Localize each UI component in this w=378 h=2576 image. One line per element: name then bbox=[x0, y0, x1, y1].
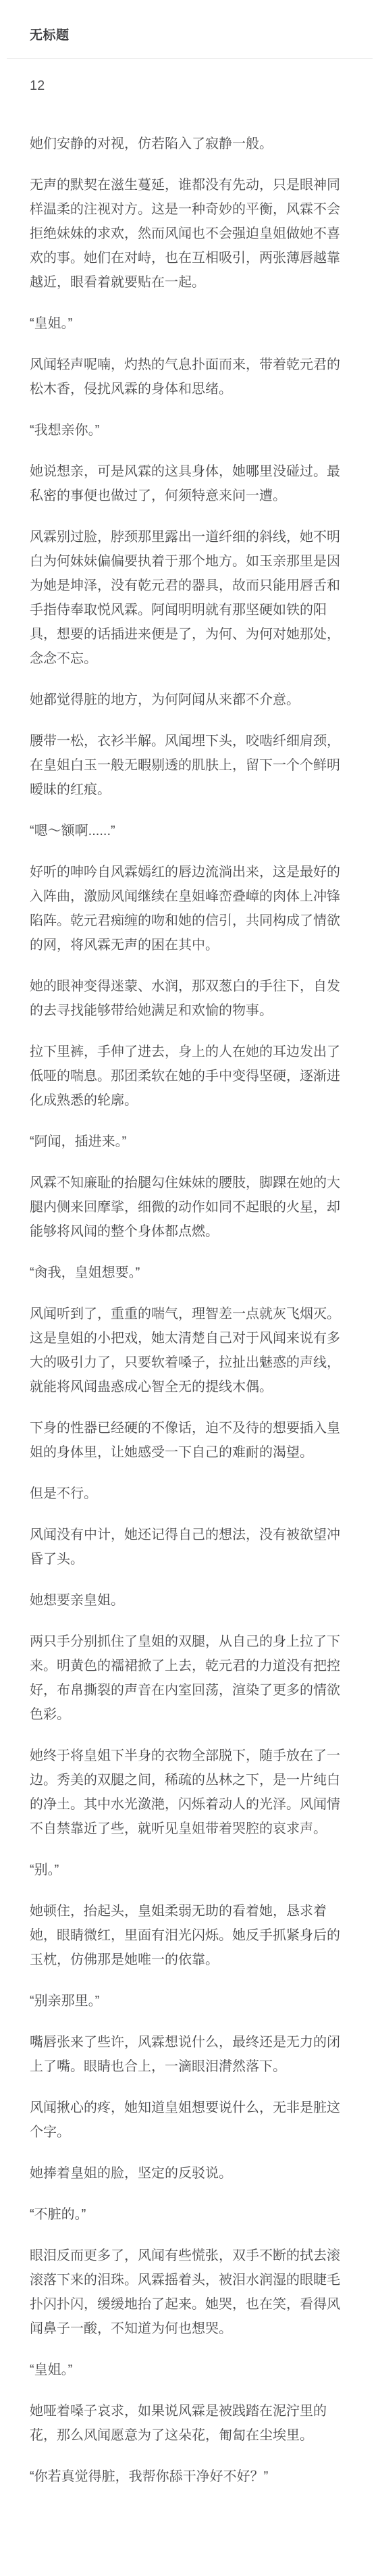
paragraph: “别亲那里。” bbox=[30, 1989, 348, 2013]
paragraph: “别。” bbox=[30, 1858, 348, 1882]
paragraph: 眼泪反而更多了，风闻有些慌张，双手不断的拭去滚滚落下来的泪珠。风霖摇着头，被泪水… bbox=[30, 2244, 348, 2341]
title-divider bbox=[7, 58, 373, 59]
paragraph: 她想要亲皇姐。 bbox=[30, 1588, 348, 1613]
paragraph: “嗯～额啊......” bbox=[30, 819, 348, 843]
paragraph: 风闻没有中计，她还记得自己的想法，没有被欲望冲昏了头。 bbox=[30, 1523, 348, 1571]
paragraph: “肏我，皇姐想要。” bbox=[30, 1261, 348, 1285]
paragraph: 腰带一松，衣衫半解。风闻埋下头，咬啮纤细肩颈，在皇姐白玉一般无暇剔透的肌肤上，留… bbox=[30, 729, 348, 802]
paragraph: 但是不行。 bbox=[30, 1482, 348, 1506]
document-page-container: 无标题 12 她们安静的对视，仿若陷入了寂静一般。无声的默契在滋生蔓延，谁都没有… bbox=[0, 27, 378, 2546]
paragraph: 她哑着嗓子哀求，如果说风霖是被践踏在泥泞里的花，那么风闻愿意为了这朵花，匍匐在尘… bbox=[30, 2399, 348, 2448]
paragraph: “不脏的。” bbox=[30, 2202, 348, 2227]
document-body: 12 她们安静的对视，仿若陷入了寂静一般。无声的默契在滋生蔓延，谁都没有先动，只… bbox=[0, 74, 378, 2546]
paragraph: 她的眼神变得迷蒙、水润，那双葱白的手往下，自发的去寻找能够带给她满足和欢愉的物事… bbox=[30, 974, 348, 1023]
paragraph: 风霖不知廉耻的抬腿勾住妹妹的腰肢，脚踝在她的大腿内侧来回摩挲，细微的动作如同不起… bbox=[30, 1171, 348, 1244]
paragraph: 风闻听到了，重重的喘气，理智差一点就灰飞烟灭。这是皇姐的小把戏，她太清楚自己对于… bbox=[30, 1302, 348, 1399]
paragraph: “我想亲你。” bbox=[30, 418, 348, 443]
document-header: 无标题 bbox=[0, 27, 378, 45]
paragraph: 好听的呻吟自风霖嫣红的唇边流淌出来，这是最好的入阵曲，激励风闻继续在皇姐峰峦叠嶂… bbox=[30, 860, 348, 957]
paragraph: 她终于将皇姐下半身的衣物全部脱下，随手放在了一边。秀美的双腿之间，稀疏的丛林之下… bbox=[30, 1744, 348, 1841]
paragraph: “皇姐。” bbox=[30, 311, 348, 336]
page-title: 无标题 bbox=[30, 27, 348, 45]
paragraph: 风闻揪心的疼，她知道皇姐想要说什么，无非是脏这个字。 bbox=[30, 2096, 348, 2144]
paragraph: 两只手分别抓住了皇姐的双腿，从自己的身上拉了下来。明黄色的襦裙掀了上去，乾元君的… bbox=[30, 1630, 348, 1727]
paragraph: 她顿住，抬起头，皇姐柔弱无助的看着她，恳求着她，眼睛微红，里面有泪光闪烁。她反手… bbox=[30, 1899, 348, 1972]
paragraph: 拉下里裤，手伸了进去，身上的人在她的耳边发出了低哑的喘息。那团柔软在她的手中变得… bbox=[30, 1040, 348, 1113]
paragraph: “皇姐。” bbox=[30, 2358, 348, 2382]
paragraph: 她们安静的对视，仿若陷入了寂静一般。 bbox=[30, 132, 348, 156]
paragraph-list: 她们安静的对视，仿若陷入了寂静一般。无声的默契在滋生蔓延，谁都没有先动，只是眼神… bbox=[30, 132, 348, 2489]
paragraph: 风闻轻声呢喃，灼热的气息扑面而来，带着乾元君的松木香，侵扰风霖的身体和思绪。 bbox=[30, 353, 348, 401]
paragraph: “你若真觉得脏，我帮你舔干净好不好？” bbox=[30, 2465, 348, 2489]
paragraph: 风霖别过脸，脖颈那里露出一道纤细的斜线，她不明白为何妹妹偏偏要执着于那个地方。如… bbox=[30, 525, 348, 671]
paragraph: 嘴唇张来了些许，风霖想说什么，最终还是无力的闭上了嘴。眼睛也合上，一滴眼泪潸然落… bbox=[30, 2030, 348, 2079]
paragraph: 无声的默契在滋生蔓延，谁都没有先动，只是眼神同样温柔的注视对方。这是一种奇妙的平… bbox=[30, 173, 348, 295]
document-page: { "doc": { "title": "无标题", "chapter": "1… bbox=[0, 27, 378, 2576]
paragraph: 她捧着皇姐的脸，坚定的反驳说。 bbox=[30, 2161, 348, 2186]
chapter-number: 12 bbox=[30, 74, 348, 98]
paragraph: 她说想亲，可是风霖的这具身体，她哪里没碰过。最私密的事便也做过了，何须特意来问一… bbox=[30, 459, 348, 508]
paragraph: 她都觉得脏的地方，为何阿闻从来都不介意。 bbox=[30, 688, 348, 712]
paragraph: 下身的性器已经硬的不像话，迫不及待的想要插入皇姐的身体里，让她感受一下自己的难耐… bbox=[30, 1416, 348, 1465]
paragraph: “阿闻，插进来。” bbox=[30, 1130, 348, 1154]
